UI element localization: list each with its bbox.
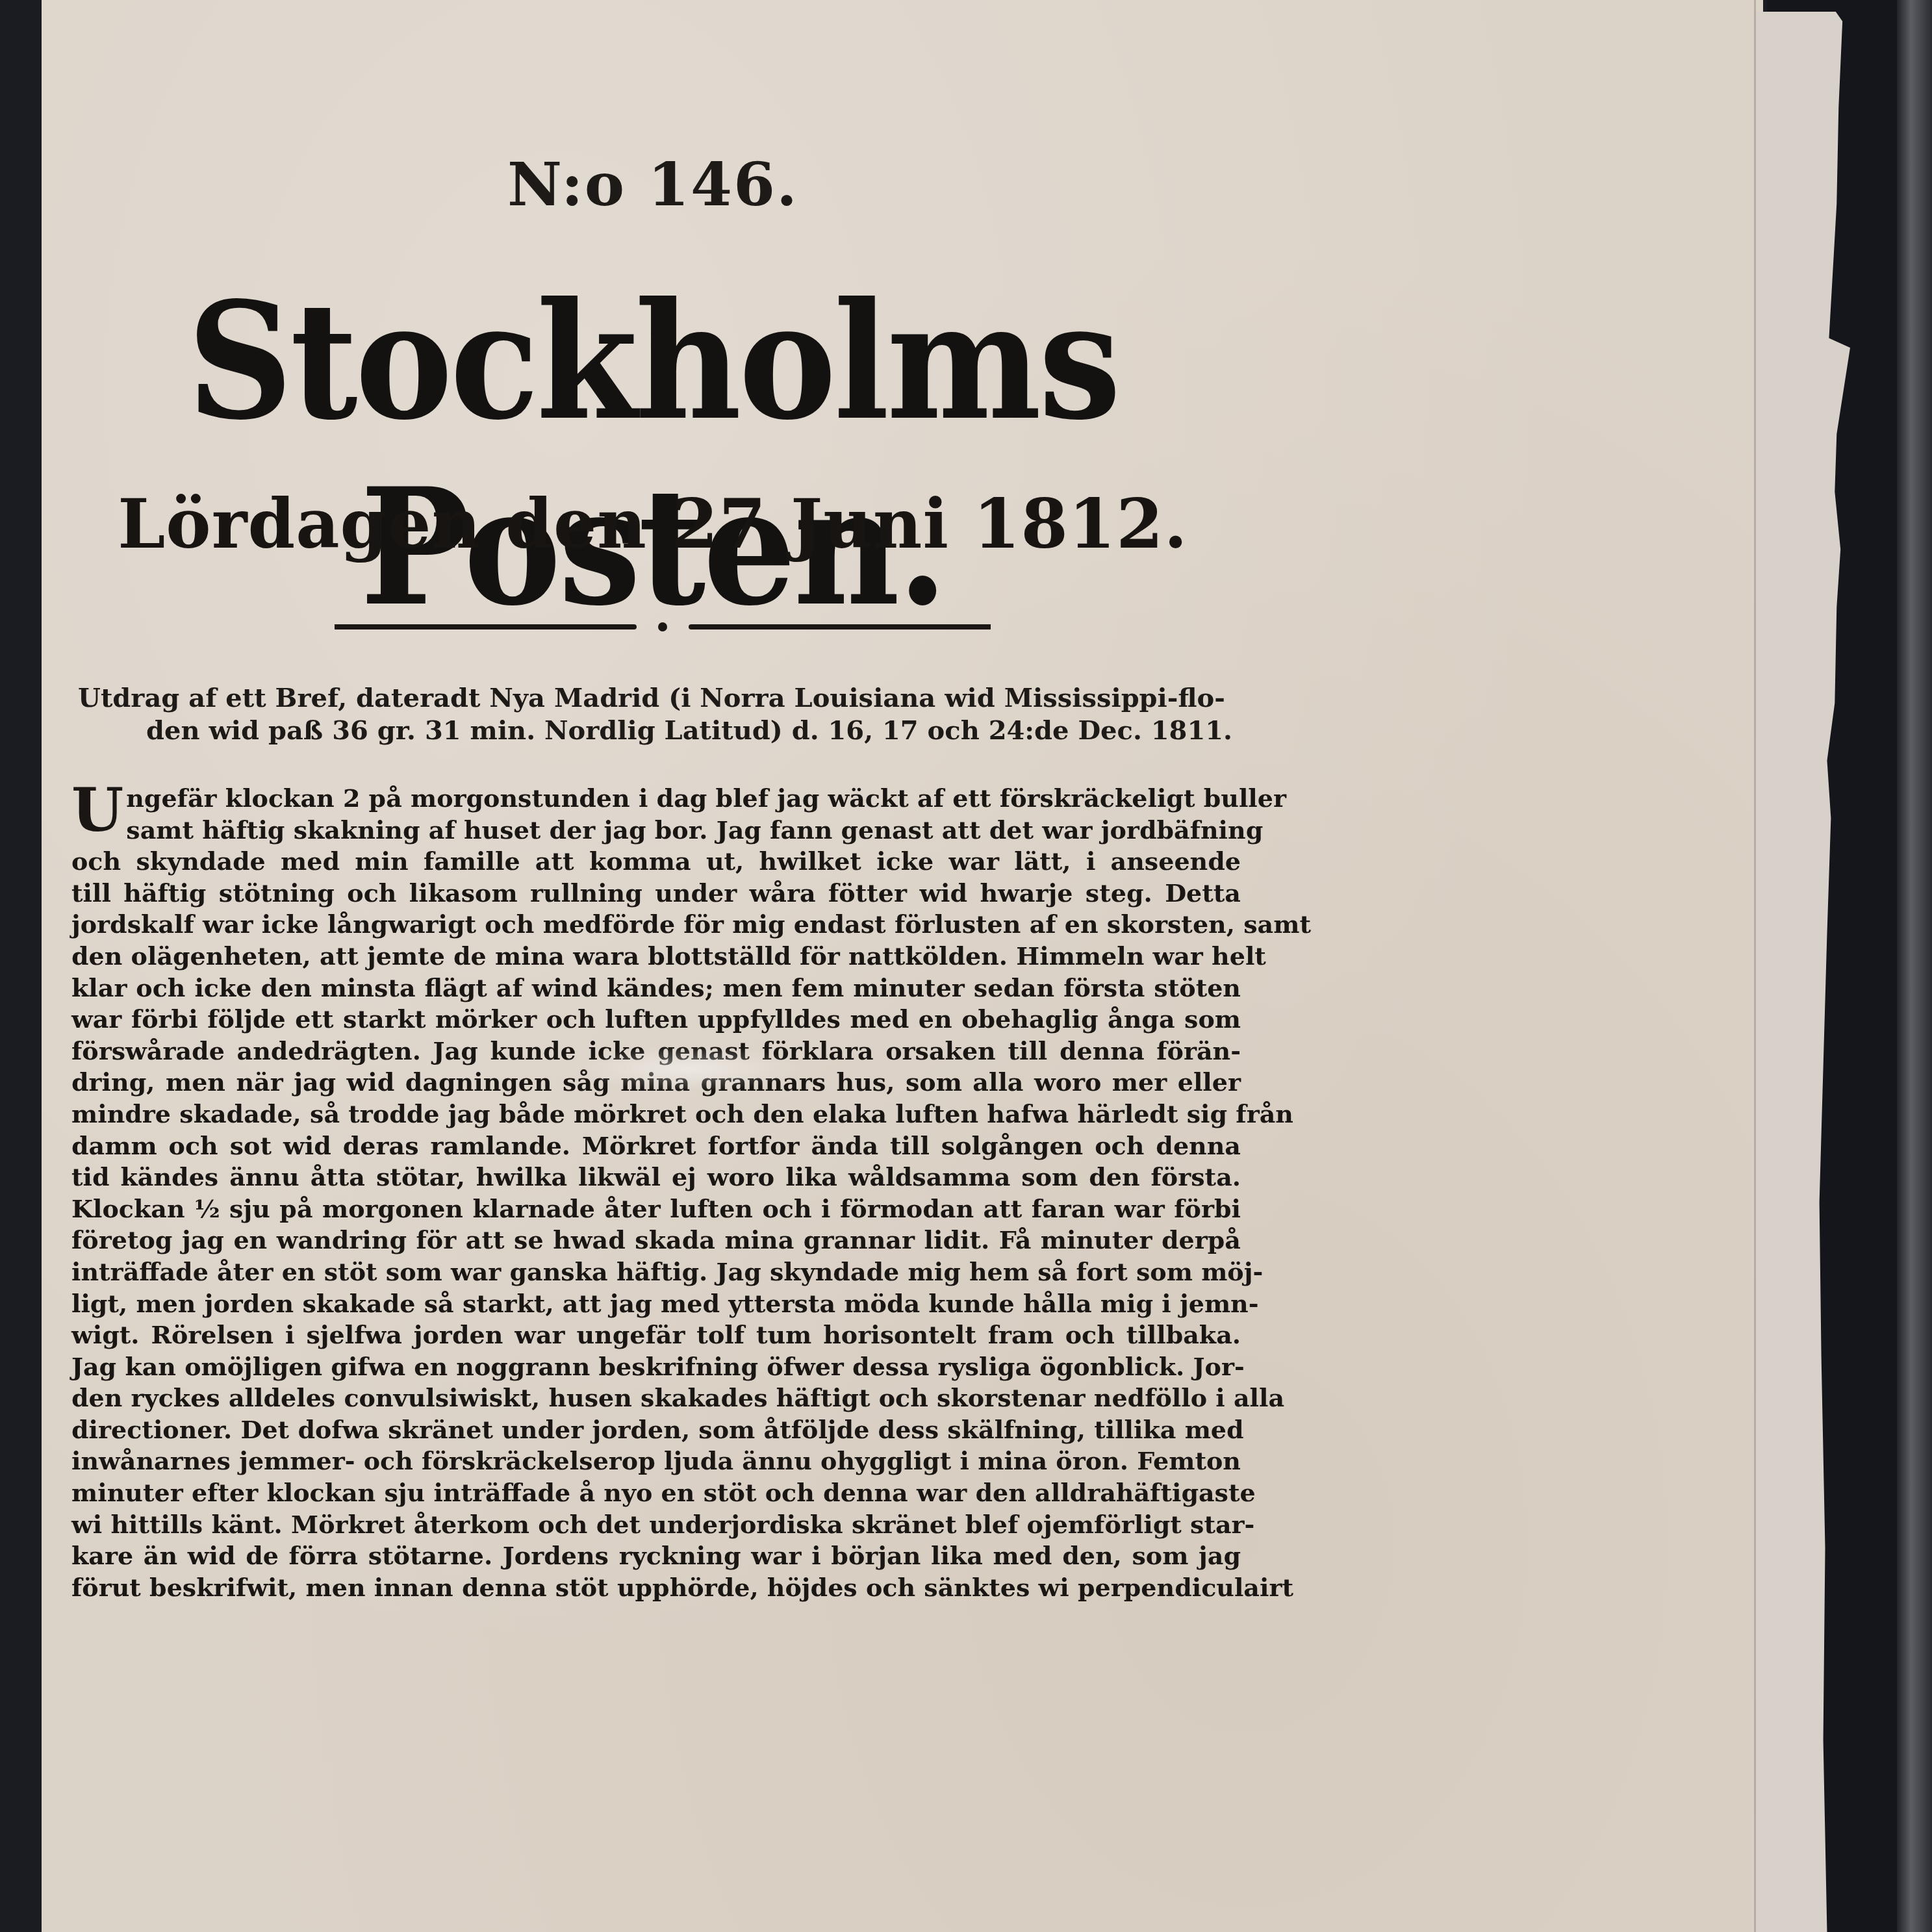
divider-dot: [658, 622, 667, 631]
ornamental-divider: [335, 622, 991, 631]
body-line: den olägenheten, att jemte de mina wara …: [71, 941, 1241, 972]
body-line: minuter efter klockan sju inträffade å n…: [71, 1477, 1241, 1509]
body-line: Klockan ½ sju på morgonen klarnade åter …: [71, 1193, 1241, 1225]
body-line: inträffade åter en stöt som war ganska h…: [71, 1256, 1241, 1288]
body-line: förswårade andedrägten. Jag kunde icke g…: [71, 1036, 1241, 1067]
dateline: Lördagen den 27 Juni 1812.: [0, 484, 1306, 564]
body-line: war förbi följde ett starkt mörker och l…: [71, 1004, 1241, 1036]
body-line: klar och icke den minsta flägt af wind k…: [71, 972, 1241, 1004]
body-line: företog jag en wandring för att se hwad …: [71, 1225, 1241, 1256]
body-line: samt häftig skakning af huset der jag bo…: [71, 815, 1241, 846]
drop-cap: U: [71, 783, 123, 837]
body-line: ligt, men jorden skakade så starkt, att …: [71, 1288, 1241, 1320]
body-line: mindre skadade, så trodde jag både mörkr…: [71, 1099, 1241, 1130]
body-line: wigt. Rörelsen i sjelfwa jorden war unge…: [71, 1319, 1241, 1351]
body-line: dring, men när jag wid dagningen såg min…: [71, 1067, 1241, 1099]
body-line: den ryckes alldeles convulsiwiskt, husen…: [71, 1382, 1241, 1414]
subtitle-line: den wid paß 36 gr. 31 min. Nordlig Latit…: [78, 715, 1247, 747]
divider-bar-left: [335, 624, 637, 629]
fold-crease: [1754, 0, 1756, 1932]
body-line: jordskalf war icke långwarigt och medför…: [71, 909, 1241, 941]
newspaper-masthead: Stockholms Posten.: [39, 269, 1267, 641]
article-subtitle: Utdrag af ett Bref, dateradt Nya Madrid …: [78, 682, 1247, 747]
body-line: förut beskrifwit, men innan denna stöt u…: [71, 1572, 1241, 1604]
divider-bar-right: [689, 624, 991, 629]
body-line: wi hittills känt. Mörkret återkom och de…: [71, 1509, 1241, 1541]
issue-number: N:o 146.: [0, 149, 1306, 220]
subtitle-line: Utdrag af ett Bref, dateradt Nya Madrid …: [78, 682, 1247, 715]
sleeve-edge: [1897, 0, 1932, 1932]
body-line: inwånarnes jemmer- och förskräckelserop …: [71, 1445, 1241, 1477]
body-line: directioner. Det dofwa skränet under jor…: [71, 1414, 1241, 1446]
body-line: ngefär klockan 2 på morgonstunden i dag …: [71, 783, 1241, 815]
body-line: tid kändes ännu åtta stötar, hwilka likw…: [71, 1162, 1241, 1193]
body-line: till häftig stötning och likasom rullnin…: [71, 878, 1241, 909]
body-line: damm och sot wid deras ramlande. Mörkret…: [71, 1130, 1241, 1162]
article-body: U ngefär klockan 2 på morgonstunden i da…: [71, 783, 1241, 1603]
body-line: kare än wid de förra stötarne. Jordens r…: [71, 1540, 1241, 1572]
body-line: Jag kan omöjligen gifwa en noggrann besk…: [71, 1351, 1241, 1383]
body-line: och skyndade med min famille att komma u…: [71, 846, 1241, 878]
